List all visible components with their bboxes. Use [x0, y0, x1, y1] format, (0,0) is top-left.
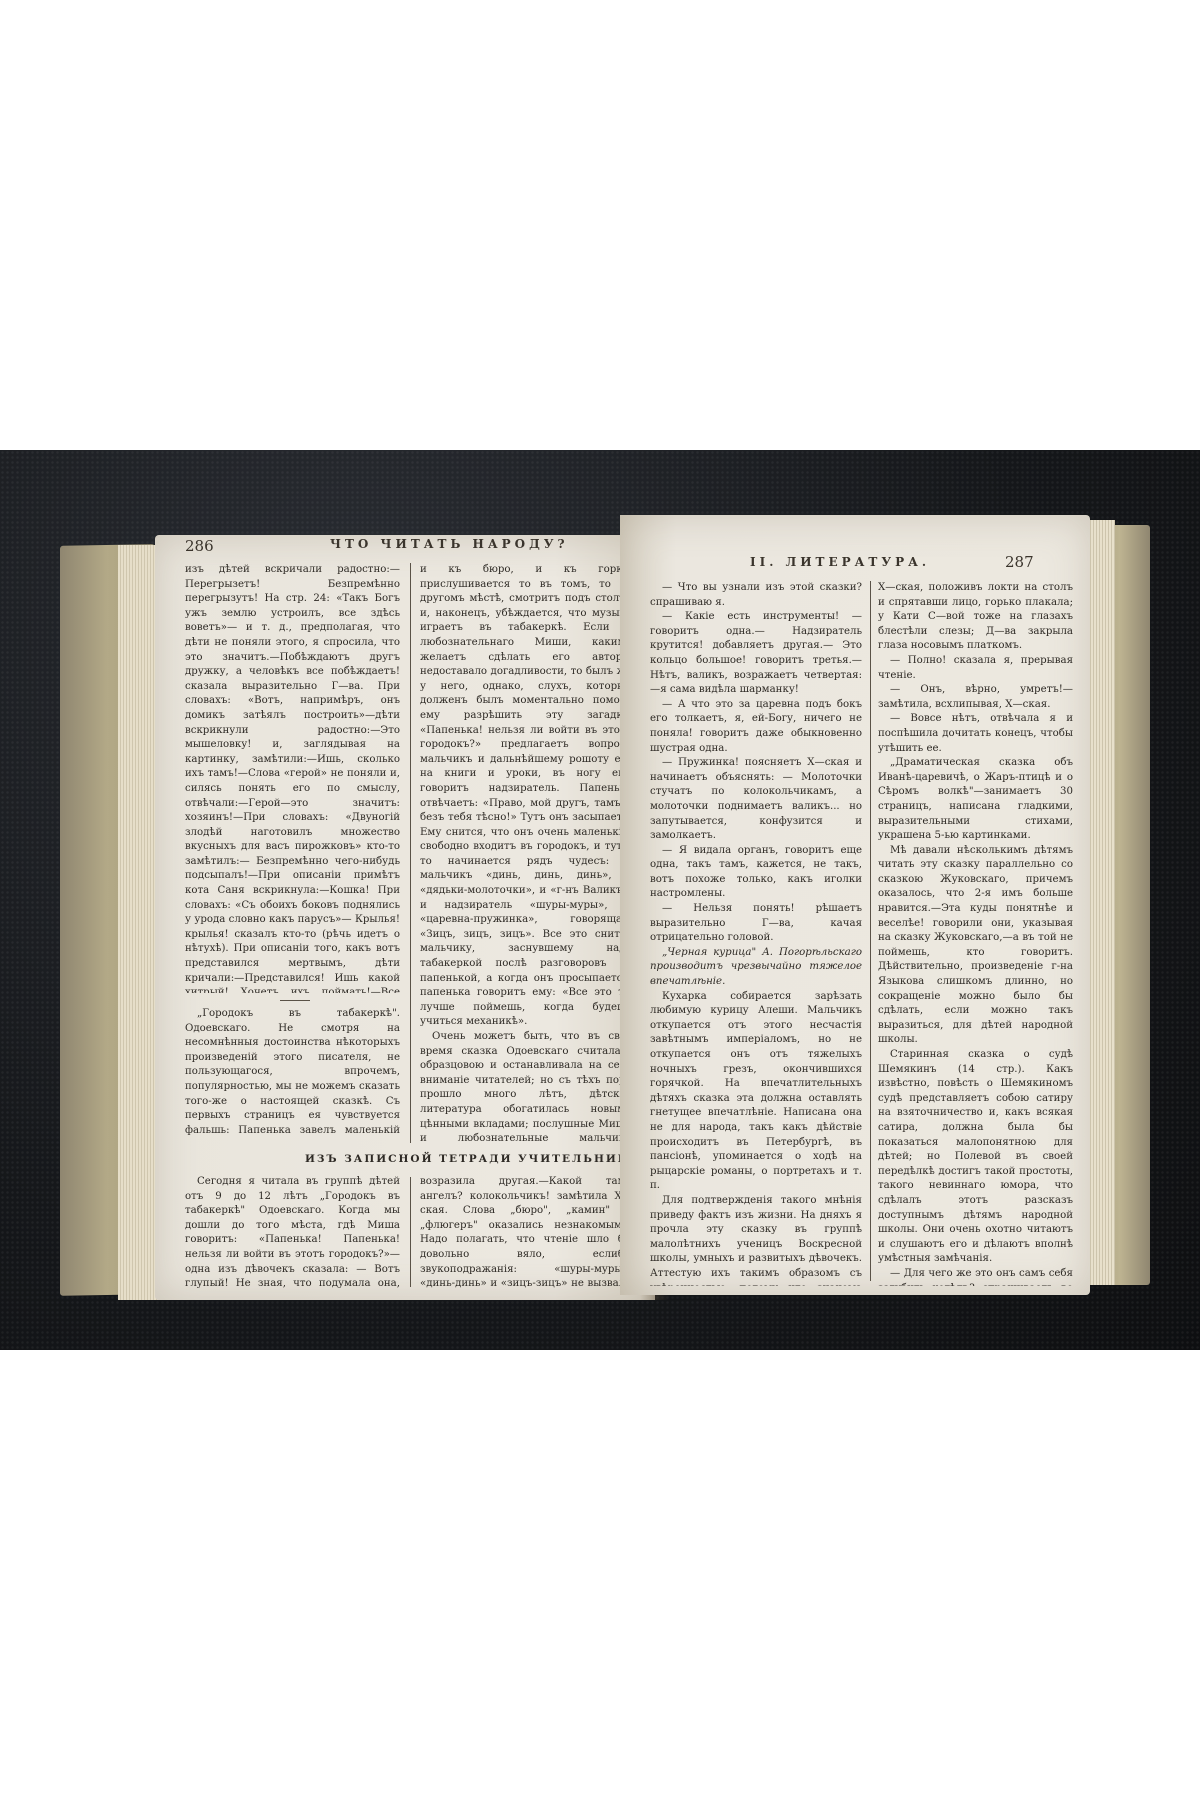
- left-page-bottom-column-2: возразила другая.—Какой тамъ ангелъ? кол…: [420, 1175, 632, 1290]
- running-head-right: II. ЛИТЕРАТУРА.: [750, 555, 930, 569]
- right-page: II. ЛИТЕРАТУРА. 287 — Что вы узнали изъ …: [620, 515, 1090, 1295]
- paragraph: возразила другая.—Какой тамъ ангелъ? кол…: [420, 1175, 632, 1290]
- paragraph: „Драматическая сказка объ Иванѣ-царевичѣ…: [878, 756, 1073, 844]
- left-page-bottom-column-1: Сегодня я читала въ группѣ дѣтей отъ 9 д…: [185, 1175, 400, 1290]
- paragraph: Кухарка собирается зарѣзать любимую кури…: [650, 990, 862, 1194]
- column-rule: [410, 1177, 411, 1287]
- left-page-column-1: изъ дѣтей вскричали радостно:—Перегрызет…: [185, 563, 400, 993]
- left-page-column-2: и къ бюро, и къ горкѣ, прислушивается то…: [420, 563, 632, 1143]
- paragraph: — Онъ, вѣрно, умретъ!—замѣтила, всхлипыв…: [878, 683, 1073, 712]
- paragraph: Для подтвержденія такого мнѣнія приведу …: [650, 1194, 862, 1286]
- paragraph: Очень можетъ быть, что въ свое время ска…: [420, 1030, 632, 1143]
- column-rule: [870, 581, 871, 1281]
- running-head-left: ЧТО ЧИТАТЬ НАРОДУ?: [330, 537, 569, 551]
- paragraph: Старинная сказка о судѣ Шемякинъ (14 стр…: [878, 1048, 1073, 1267]
- right-page-column-1: — Что вы узнали изъ этой сказки? спрашив…: [650, 581, 862, 1286]
- paragraph: Сегодня я читала въ группѣ дѣтей отъ 9 д…: [185, 1175, 400, 1290]
- paragraph: Мѣ давали нѣсколькимъ дѣтямъ читать эту …: [878, 844, 1073, 1048]
- left-page-review: „Городокъ въ табакеркѣ". Одоевскаго. Не …: [185, 1007, 400, 1137]
- paragraph: „Городокъ въ табакеркѣ". Одоевскаго. Не …: [185, 1007, 400, 1137]
- paragraph: — А что это за царевна подъ бокъ его тол…: [650, 698, 862, 756]
- paragraph: и къ бюро, и къ горкѣ, прислушивается то…: [420, 563, 632, 1030]
- divider: [280, 1000, 310, 1001]
- paragraph: Х—ская, положивъ локти на столъ и спрята…: [878, 581, 1073, 654]
- paragraph: — Вовсе нѣтъ, отвѣчала я и поспѣшила доч…: [878, 712, 1073, 756]
- page-number-left: 286: [185, 537, 214, 555]
- paragraph: — Пружинка! поясняетъ Х—ская и начинаетъ…: [650, 756, 862, 844]
- paragraph: — Я видала органъ, говоритъ еще одна, та…: [650, 844, 862, 902]
- paragraph: — Для чего же это онъ самъ себя загубить…: [878, 1267, 1073, 1286]
- right-page-column-2: Х—ская, положивъ локти на столъ и спрята…: [878, 581, 1073, 1286]
- column-rule: [410, 563, 411, 1143]
- paragraph: „Черная курица" А. Погорѣльскаго произво…: [650, 946, 862, 990]
- open-book: 286 ЧТО ЧИТАТЬ НАРОДУ? изъ дѣтей вскрича…: [60, 515, 1150, 1300]
- paragraph: — Какіе есть инструменты! — говоритъ одн…: [650, 610, 862, 698]
- page-number-right: 287: [1005, 553, 1034, 571]
- paragraph: изъ дѣтей вскричали радостно:—Перегрызет…: [185, 563, 400, 993]
- paragraph: — Что вы узнали изъ этой сказки? спрашив…: [650, 581, 862, 610]
- paragraph: — Нельзя понять! рѣшаетъ выразительно Г—…: [650, 902, 862, 946]
- paragraph: — Полно! сказала я, прерывая чтеніе.: [878, 654, 1073, 683]
- left-page: 286 ЧТО ЧИТАТЬ НАРОДУ? изъ дѣтей вскрича…: [155, 535, 655, 1300]
- section-title: ИЗЪ ЗАПИСНОЙ ТЕТРАДИ УЧИТЕЛЬНИЦЫ.: [305, 1153, 650, 1165]
